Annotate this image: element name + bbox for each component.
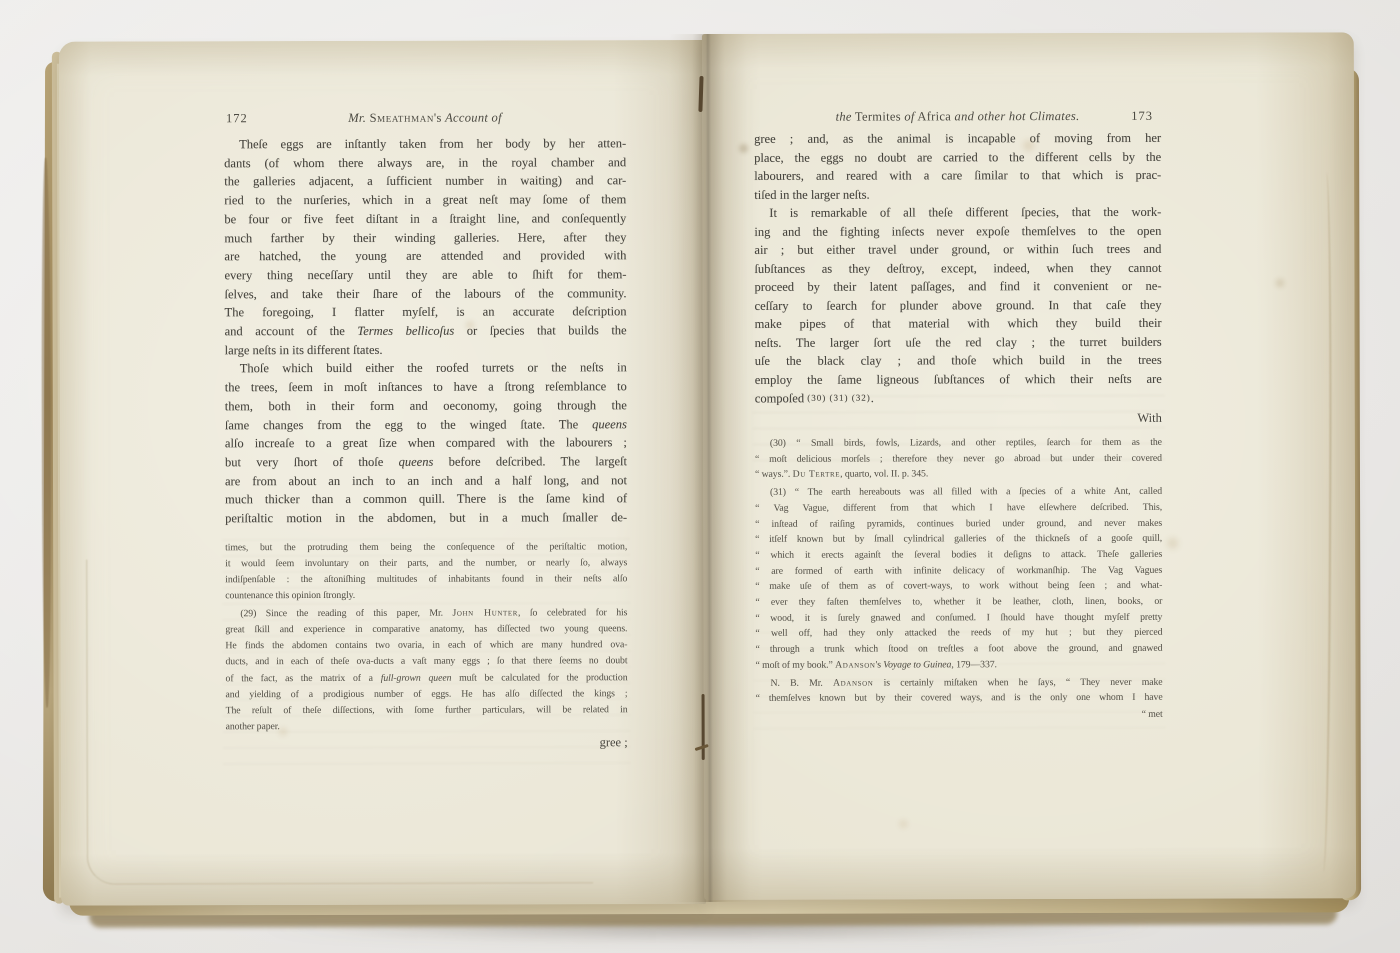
text-line: (29) Since the reading of this paper, Mr…	[225, 605, 627, 622]
text-line: uſe the black clay ; and thoſe which bui…	[755, 351, 1162, 371]
text-line: (31) “ The earth hereabouts was all fill…	[755, 484, 1162, 501]
left-main-text: Theſe eggs are inſtantly taken from her …	[224, 134, 627, 528]
text-line: much farther by their winding galleries.…	[224, 228, 626, 248]
text-line: “ well off, had they only attacked the r…	[755, 625, 1162, 642]
paragraph: Thoſe which build either the roofed turr…	[225, 359, 627, 528]
text-line: “ inſtead of raiſing pyramids, continues…	[755, 515, 1162, 532]
running-title-left: Mr. Smeathman's Account of	[224, 110, 626, 126]
footnote-continuation: times, but the protruding them being the…	[225, 539, 627, 604]
text-line: but very ſhort of thoſe queens before de…	[225, 452, 627, 472]
text-line: employ the ſame ligneous ſubſtances of w…	[755, 369, 1162, 389]
running-title-right: the Termites of Africa and other hot Cli…	[754, 109, 1161, 125]
text-line: “ which it erects againſt the ſeveral bo…	[755, 547, 1162, 564]
left-footnotes: times, but the protruding them being the…	[225, 539, 628, 735]
text-line: “ ways.”. Du Tertre, quarto, vol. II. p.…	[755, 466, 1162, 483]
text-line: tiſed in the larger neſts.	[754, 184, 1161, 204]
text-line: ſame changes from the egg to the winged …	[225, 415, 627, 435]
text-line: “ ever they faſten themſelves to, whethe…	[755, 594, 1162, 611]
paragraph: It is remarkable of all theſe different …	[754, 203, 1162, 408]
text-line: of the fact, as the matrix of a full-gro…	[225, 670, 627, 687]
text-line: (30) “ Small birds, fowls, Lizards, and …	[755, 435, 1162, 452]
text-line: place, the eggs no doubt are carried to …	[754, 147, 1161, 167]
text-line: it would ſeem involuntary on their parts…	[225, 555, 627, 572]
left-text-block: 172 Mr. Smeathman's Account of Theſe egg…	[224, 110, 628, 751]
text-line: It is remarkable of all theſe different …	[754, 203, 1161, 223]
footnote-30: (30) “ Small birds, fowls, Lizards, and …	[755, 435, 1162, 483]
text-line: proceed by their latent paſſages, and fi…	[754, 277, 1161, 297]
text-line: “ Vag Vague, different from that which I…	[755, 500, 1162, 517]
paragraph: gree ; and, as the animal is incapable o…	[754, 129, 1161, 204]
text-line: are hatched, the young are attended and …	[224, 246, 626, 266]
right-text-block: the Termites of Africa and other hot Cli…	[754, 109, 1163, 724]
photo-background: 172 Mr. Smeathman's Account of Theſe egg…	[0, 0, 1400, 953]
text-line: He finds the abdomen contains two ovaria…	[225, 638, 627, 655]
text-line: “ moſt delicious morſels ; therefore the…	[755, 451, 1162, 468]
text-line: “ through a trunk which ſtood on treſtle…	[755, 641, 1162, 658]
text-line: “ moſt of my book.” Adanson's Voyage to …	[755, 657, 1162, 674]
text-line: periſtaltic motion in the abdomen, but i…	[225, 508, 627, 528]
text-line: compoſed (30) (31) (32).	[755, 388, 1162, 408]
catchword-left: gree ;	[226, 735, 628, 751]
text-line: be four or five feet diſtant in a ſtraig…	[224, 209, 626, 229]
text-line: ſelves, and take their ſhare of the labo…	[224, 284, 626, 304]
text-line: The foregoing, I flatter myſelf, is an a…	[225, 303, 627, 323]
text-line: and account of the Termes bellicoſus or …	[225, 321, 627, 341]
text-line: every thing neceſſary until they are abl…	[224, 265, 626, 285]
left-page: 172 Mr. Smeathman's Account of Theſe egg…	[59, 40, 706, 906]
right-running-header: the Termites of Africa and other hot Cli…	[754, 109, 1161, 127]
right-footnotes: (30) “ Small birds, fowls, Lizards, and …	[755, 435, 1163, 724]
text-line: ſubſtances as they deſtroy, except, inde…	[754, 258, 1161, 278]
text-line: another paper.	[226, 718, 628, 735]
binding-thread-bottom	[702, 694, 705, 760]
page-number-left: 172	[226, 111, 248, 126]
foxing-spots	[41, 28, 46, 33]
text-line: Thoſe which build either the roofed turr…	[225, 359, 627, 379]
left-running-header: 172 Mr. Smeathman's Account of	[224, 110, 626, 128]
text-line: “ make uſe of them as of covert-ways, to…	[755, 578, 1162, 595]
text-line: times, but the protruding them being the…	[225, 539, 627, 556]
text-line: “ itſelf known but by ſmall cylindrical …	[755, 531, 1162, 548]
text-line: large neſts in its different ſtates.	[225, 340, 627, 360]
text-line: “ wood, it is ſurely gnawed and conſumed…	[755, 610, 1162, 627]
text-line: them, both in their form and oeconomy, g…	[225, 396, 627, 416]
text-line: and yielding of a prodigious number of e…	[226, 686, 628, 703]
text-line: The reſult of theſe diſſections, with ſo…	[226, 702, 628, 719]
text-line: ried to the nurſeries, which in a great …	[224, 190, 626, 210]
catchword-mid-right: With	[755, 411, 1162, 427]
nota-bene-note: N. B. Mr. Adanson is certainly miſtaken …	[756, 674, 1163, 706]
paragraph: Theſe eggs are inſtantly taken from her …	[224, 134, 627, 359]
text-line: countenance this opinion ſtrongly.	[225, 587, 627, 604]
text-line: Theſe eggs are inſtantly taken from her …	[224, 134, 626, 154]
text-line: the trees, ſeem in moſt inſtances to hav…	[225, 377, 627, 397]
footnote-29: (29) Since the reading of this paper, Mr…	[225, 605, 627, 735]
text-line: much thicker than a common quill. There …	[225, 490, 627, 510]
page-number-right: 173	[1131, 109, 1153, 124]
text-line: indiſpenſable : the aſtoniſhing multitud…	[225, 571, 627, 588]
text-line: gree ; and, as the animal is incapable o…	[754, 129, 1161, 149]
text-line: the galleries adjacent, a ſufficient num…	[224, 172, 626, 192]
text-line: dants (of whom there always are, in the …	[224, 153, 626, 173]
text-line: “ themſelves known but by their covered …	[756, 690, 1163, 707]
water-stain	[1316, 172, 1333, 872]
text-line: are from about an inch to an inch and a …	[225, 471, 627, 491]
text-line: alſo increaſe to a great ſize when compa…	[225, 433, 627, 453]
text-line: air ; but either travel under ground, or…	[754, 240, 1161, 260]
open-book: 172 Mr. Smeathman's Account of Theſe egg…	[41, 24, 1365, 943]
text-line: ducts, and in each of theſe ova-ducts a …	[225, 654, 627, 671]
footnote-31: (31) “ The earth hereabouts was all fill…	[755, 484, 1162, 674]
text-line: neſts. The larger ſort uſe the red clay …	[755, 332, 1162, 352]
text-line: great ſkill and experience in comparativ…	[225, 621, 627, 638]
text-line: labourers, and reared with a care ſimila…	[754, 166, 1161, 186]
right-page: the Termites of Africa and other hot Cli…	[702, 32, 1356, 900]
text-line: N. B. Mr. Adanson is certainly miſtaken …	[756, 674, 1163, 691]
text-line: make pipes of that material with which t…	[755, 314, 1162, 334]
text-line: ceſſary to ſearch for plunder above grou…	[755, 295, 1162, 315]
catchword-right: “ met	[756, 707, 1163, 724]
text-line: ing and the fighting inſects never expoſ…	[754, 221, 1161, 241]
right-main-text: gree ; and, as the animal is incapable o…	[754, 129, 1162, 408]
text-line: “ are formed of earth with infinite deli…	[755, 562, 1162, 579]
